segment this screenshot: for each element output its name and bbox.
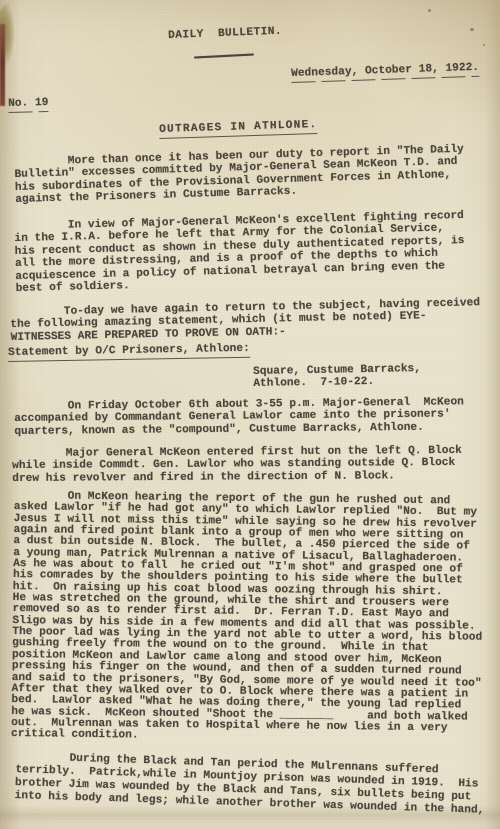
document-page: DAILY BULLETIN. Wednesday, October 18, 1… bbox=[0, 0, 500, 829]
bulletin-title: DAILY BULLETIN. bbox=[168, 26, 282, 43]
title-underline bbox=[194, 53, 254, 58]
paragraph-mulrennan-history: During the Black and Tan period the Mulr… bbox=[14, 751, 485, 817]
paragraph-huts: Major General McKeon entered first hut o… bbox=[12, 445, 462, 485]
paragraph-record: In view of Major-General McKeon's excell… bbox=[14, 210, 466, 295]
bulletin-date: Wednesday, October 18, 1922. bbox=[291, 62, 479, 84]
paragraph-visit: On Friday October 6th about 3-55 p.m. Ma… bbox=[14, 396, 464, 438]
paper-speck bbox=[483, 44, 485, 46]
headline: OUTRAGES IN ATHLONE. bbox=[159, 119, 318, 139]
paper-speck bbox=[428, 9, 431, 12]
paper-speck bbox=[470, 28, 474, 31]
paragraph-intro: More than once it has been our duty to r… bbox=[14, 144, 465, 207]
paragraph-shooting-account: On McKeon hearing the report of the gun … bbox=[11, 491, 484, 746]
issue-number: No. 19 bbox=[8, 97, 49, 113]
binding-mark bbox=[0, 24, 5, 106]
paragraph-statement-intro: To-day we have again to return to the su… bbox=[10, 297, 481, 344]
address-block: Square, Custume Barracks, Athlone. 7-10-… bbox=[253, 363, 421, 391]
statement-heading: Statement by O/C Prisoners, Athlone: bbox=[8, 343, 250, 362]
